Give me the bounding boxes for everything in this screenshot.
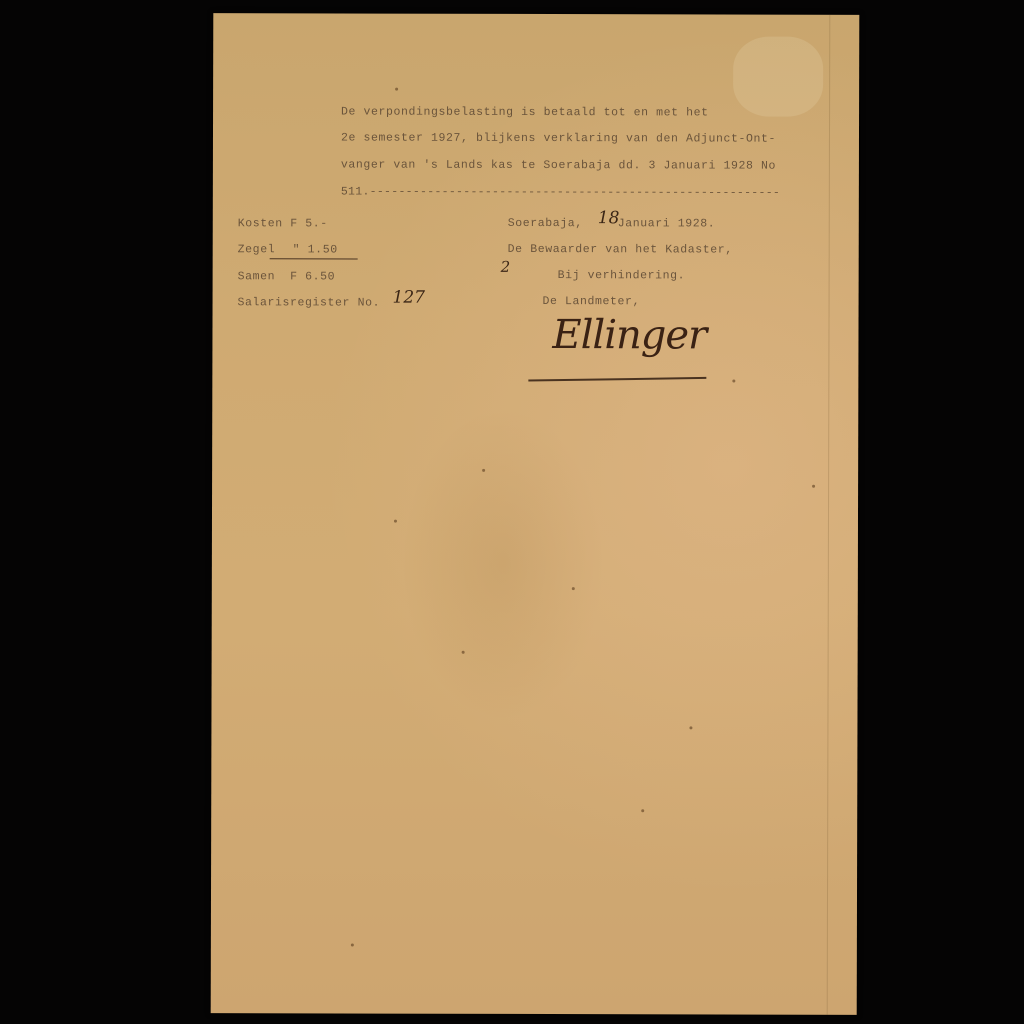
salarisregister-label: Salarisregister No. bbox=[238, 296, 381, 309]
costs-samen: Samen F 6.50 bbox=[238, 270, 336, 283]
costs-zegel-value: " 1.50 bbox=[293, 243, 338, 256]
tax-line-4: 511.------------------------------------… bbox=[341, 185, 780, 199]
signature: Ellinger bbox=[552, 312, 706, 358]
document-page: De verpondingsbelasting is betaald tot e… bbox=[211, 13, 860, 1015]
stain bbox=[572, 587, 575, 590]
margin-mark: 2 bbox=[501, 258, 511, 276]
place: Soerabaja, bbox=[508, 217, 583, 230]
stain bbox=[395, 88, 398, 91]
role-title: De Landmeter, bbox=[543, 295, 641, 308]
stain bbox=[689, 726, 692, 729]
tax-line-1: De verpondingsbelasting is betaald tot e… bbox=[341, 105, 709, 119]
tax-line-2: 2e semester 1927, blijkens verklaring va… bbox=[341, 131, 776, 145]
salarisregister-number: 127 bbox=[393, 288, 426, 308]
stain bbox=[812, 485, 815, 488]
costs-zegel-label: Zegel bbox=[238, 243, 276, 256]
costs-kosten: Kosten F 5.- bbox=[238, 217, 328, 230]
date-day: 18 bbox=[598, 208, 620, 228]
stain bbox=[641, 809, 644, 812]
stain bbox=[351, 944, 354, 947]
fold-line bbox=[827, 15, 831, 1015]
embossed-stamp bbox=[733, 37, 823, 117]
stain bbox=[482, 469, 485, 472]
tax-line-3: vanger van 's Lands kas te Soerabaja dd.… bbox=[341, 158, 776, 172]
on-behalf: Bij verhindering. bbox=[558, 269, 686, 282]
stain bbox=[462, 651, 465, 654]
date-month-year: Januari 1928. bbox=[618, 217, 716, 230]
zegel-underline bbox=[270, 258, 358, 259]
stain bbox=[732, 380, 735, 383]
stain bbox=[394, 520, 397, 523]
office-title: De Bewaarder van het Kadaster, bbox=[508, 243, 733, 257]
signature-underline bbox=[528, 377, 706, 382]
